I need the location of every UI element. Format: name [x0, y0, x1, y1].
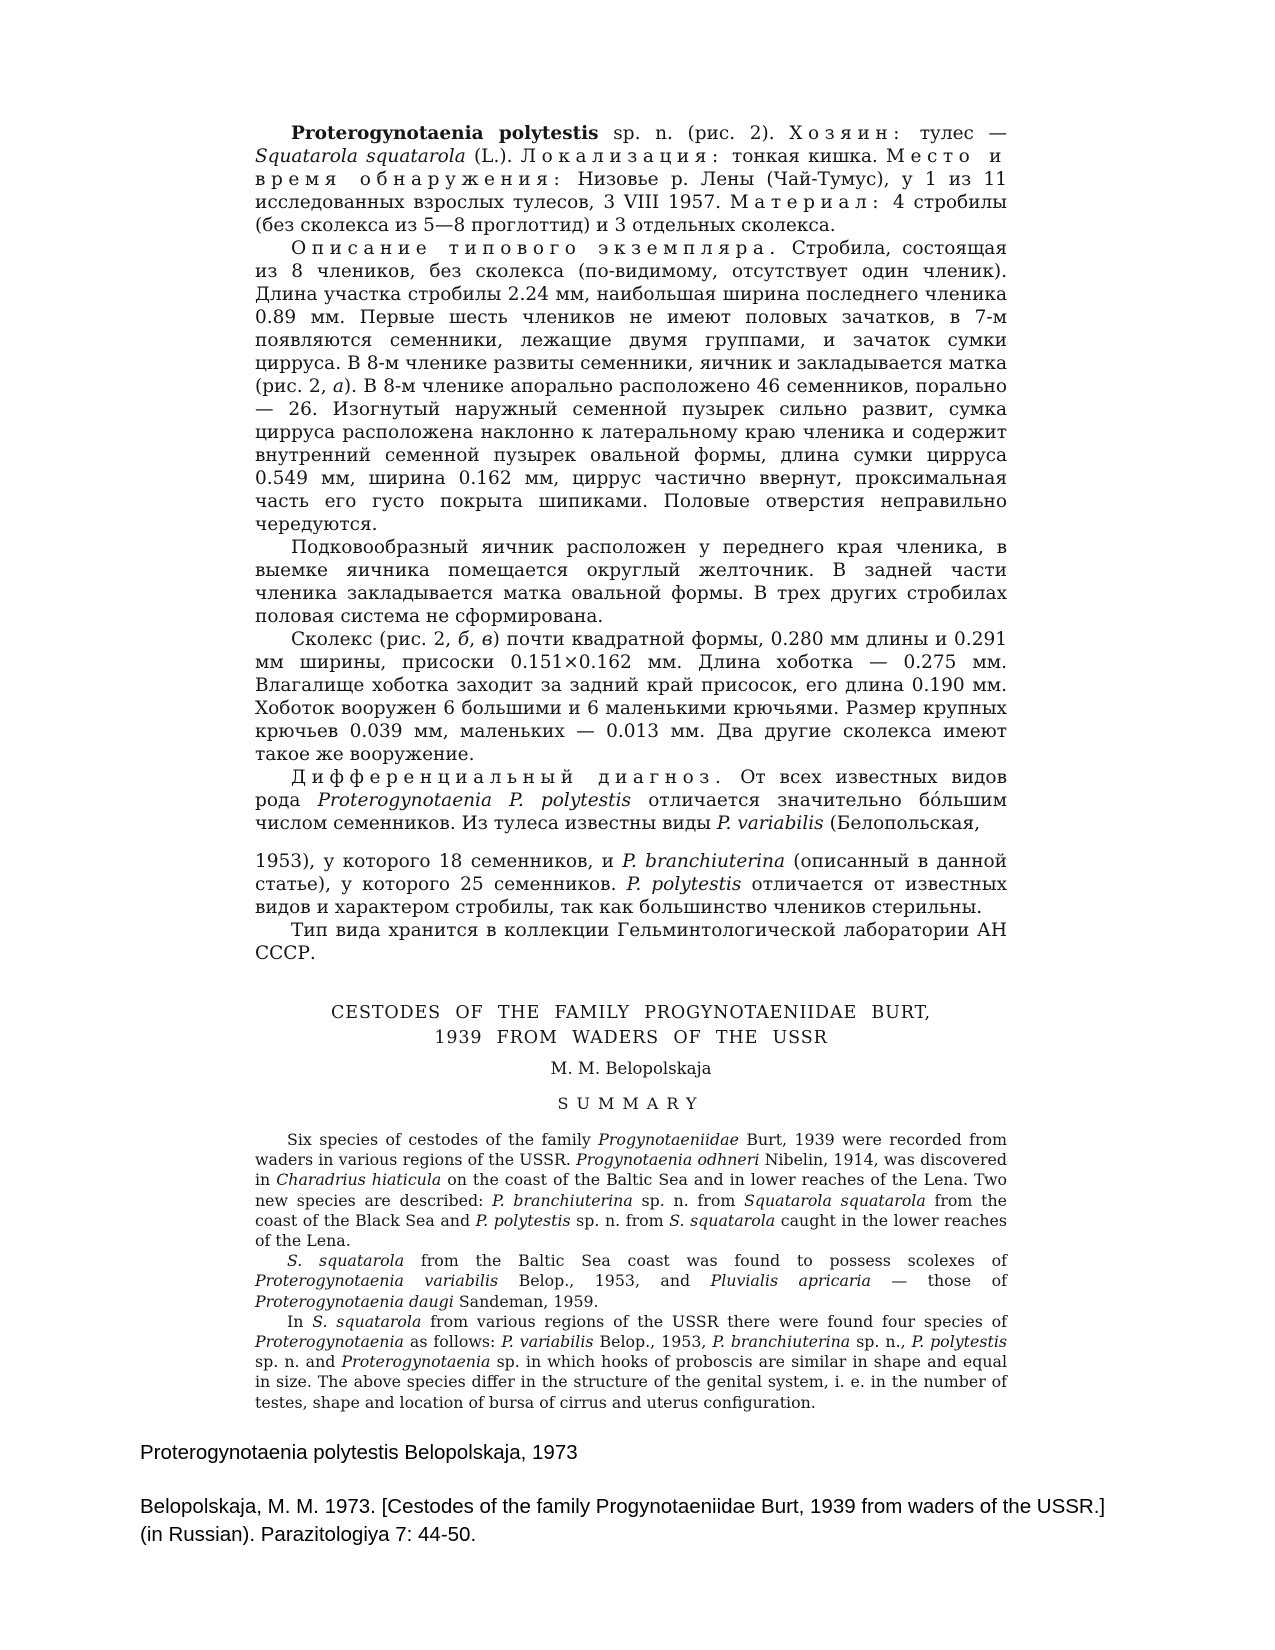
- text-run: Charadrius hiaticula: [276, 1170, 441, 1189]
- text-run: sp. n. and: [255, 1352, 342, 1371]
- text-run: from various regions of the USSR there w…: [421, 1312, 1007, 1331]
- text-run: P. branchiuterina: [712, 1332, 850, 1351]
- text-run: Pluvialis apricaria: [711, 1271, 871, 1290]
- article-column: Proterogynotaenia polytestis sp. n. (рис…: [255, 122, 1007, 1413]
- paragraph: In S. squatarola from various regions of…: [255, 1312, 1007, 1413]
- paragraph: Six species of cestodes of the family Pr…: [255, 1130, 1007, 1251]
- paragraph: Сколекс (рис. 2, б, в) почти квадратной …: [255, 628, 1007, 766]
- text-run: Proterogynotaenia variabilis: [255, 1271, 498, 1290]
- citation: Belopolskaja, M. M. 1973. [Cestodes of t…: [140, 1493, 1135, 1549]
- paragraph: Дифференциальный диагноз. От всех извест…: [255, 766, 1007, 835]
- text-run: Sandeman, 1959.: [454, 1292, 599, 1311]
- text-run: ,: [469, 629, 482, 650]
- text-run: Progynotaenia odhneri: [576, 1150, 759, 1169]
- text-run: Proterogynotaenia P. polytestis: [318, 790, 631, 811]
- russian-article-body: Proterogynotaenia polytestis sp. n. (рис…: [255, 122, 1007, 965]
- text-run: Squatarola squatarola: [744, 1191, 926, 1210]
- text-run: Тип вида хранится в коллекции Гельминтол…: [255, 920, 1007, 964]
- paragraph: S. squatarola from the Baltic Sea coast …: [255, 1251, 1007, 1312]
- summary-body: Six species of cestodes of the family Pr…: [255, 1130, 1007, 1413]
- summary-title: CESTODES OF THE FAMILY PROGYNOTAENIIDAE …: [255, 1001, 1007, 1051]
- paragraph: Тип вида хранится в коллекции Гельминтол…: [255, 919, 1007, 965]
- text-run: Proterogynotaenia: [255, 1332, 404, 1351]
- text-run: Подковообразный яичник расположен у пере…: [255, 537, 1007, 627]
- paragraph: Подковообразный яичник расположен у пере…: [255, 536, 1007, 628]
- text-run: Belop., 1953,: [594, 1332, 713, 1351]
- text-run: Описание типового экземпляра.: [291, 238, 781, 259]
- text-run: Proterogynotaenia: [342, 1352, 491, 1371]
- text-run: sp. n. (рис. 2).: [599, 123, 790, 144]
- text-run: Стробила, состоящая из 8 члеников, без с…: [255, 238, 1007, 397]
- text-run: P. branchiuterina: [622, 851, 785, 872]
- text-run: — those of: [871, 1271, 1007, 1290]
- text-run: (L.).: [466, 146, 521, 167]
- database-annotations: Proterogynotaenia polytestis Belopolskaj…: [140, 1439, 1135, 1549]
- text-run: Дифференциальный диагноз.: [291, 767, 726, 788]
- text-run: Материал:: [730, 192, 884, 213]
- text-run: P. polytestis: [912, 1332, 1007, 1351]
- text-run: P. variabilis: [717, 813, 824, 834]
- text-run: Proterogynotaenia daugi: [255, 1292, 454, 1311]
- text-run: б: [458, 629, 469, 650]
- summary-title-line-2: 1939 FROM WADERS OF THE USSR: [255, 1026, 1007, 1051]
- text-run: Локализация:: [521, 146, 724, 167]
- text-run: S. squatarola: [287, 1251, 404, 1270]
- paragraph: 1953), у которого 18 семенников, и P. br…: [255, 850, 1007, 919]
- text-run: P. polytestis: [627, 874, 742, 895]
- text-run: 1953), у которого 18 семенников, и: [255, 851, 622, 872]
- english-summary-section: CESTODES OF THE FAMILY PROGYNOTAENIIDAE …: [255, 1001, 1007, 1413]
- text-run: Progynotaeniidae: [598, 1130, 739, 1149]
- text-run: Сколекс (рис. 2,: [291, 629, 458, 650]
- citation-line-1: Belopolskaja, M. M. 1973. [Cestodes of t…: [140, 1493, 1135, 1521]
- text-run: sp. n. from: [571, 1211, 670, 1230]
- text-run: sp. n.,: [850, 1332, 911, 1351]
- text-run: в: [482, 629, 493, 650]
- text-run: Хозяин:: [789, 123, 905, 144]
- author-name: M. M. Belopolskaja: [255, 1058, 1007, 1080]
- summary-title-line-1: CESTODES OF THE FAMILY PROGYNOTAENIIDAE …: [255, 1001, 1007, 1026]
- text-run: S. squatarola: [312, 1312, 421, 1331]
- text-run: P. branchiuterina: [492, 1191, 633, 1210]
- summary-heading: SUMMARY: [255, 1093, 1007, 1115]
- text-run: sp. n. from: [633, 1191, 744, 1210]
- text-run: P. polytestis: [476, 1211, 571, 1230]
- document-page: Proterogynotaenia polytestis sp. n. (рис…: [0, 0, 1275, 1650]
- paragraph: Proterogynotaenia polytestis sp. n. (рис…: [255, 122, 1007, 237]
- citation-line-2: (in Russian). Parazitologiya 7: 44-50.: [140, 1521, 1135, 1549]
- species-annotation: Proterogynotaenia polytestis Belopolskaj…: [140, 1439, 1135, 1467]
- text-run: ). В 8-м членике апорально расположено 4…: [255, 376, 1007, 535]
- paragraph: Описание типового экземпляра. Стробила, …: [255, 237, 1007, 536]
- text-run: Proterogynotaenia polytestis: [291, 123, 599, 144]
- text-run: Six species of cestodes of the family: [287, 1130, 598, 1149]
- text-run: а: [333, 376, 344, 397]
- text-run: (Белопольская,: [824, 813, 980, 834]
- text-run: Squatarola squatarola: [255, 146, 466, 167]
- text-run: In: [287, 1312, 312, 1331]
- text-run: from the Baltic Sea coast was found to p…: [404, 1251, 1007, 1270]
- text-run: тулес —: [905, 123, 1007, 144]
- text-run: P. variabilis: [501, 1332, 593, 1351]
- text-run: S. squatarola: [669, 1211, 775, 1230]
- text-run: as follows:: [404, 1332, 501, 1351]
- text-run: Belop., 1953, and: [498, 1271, 710, 1290]
- text-run: тонкая кишка.: [724, 146, 886, 167]
